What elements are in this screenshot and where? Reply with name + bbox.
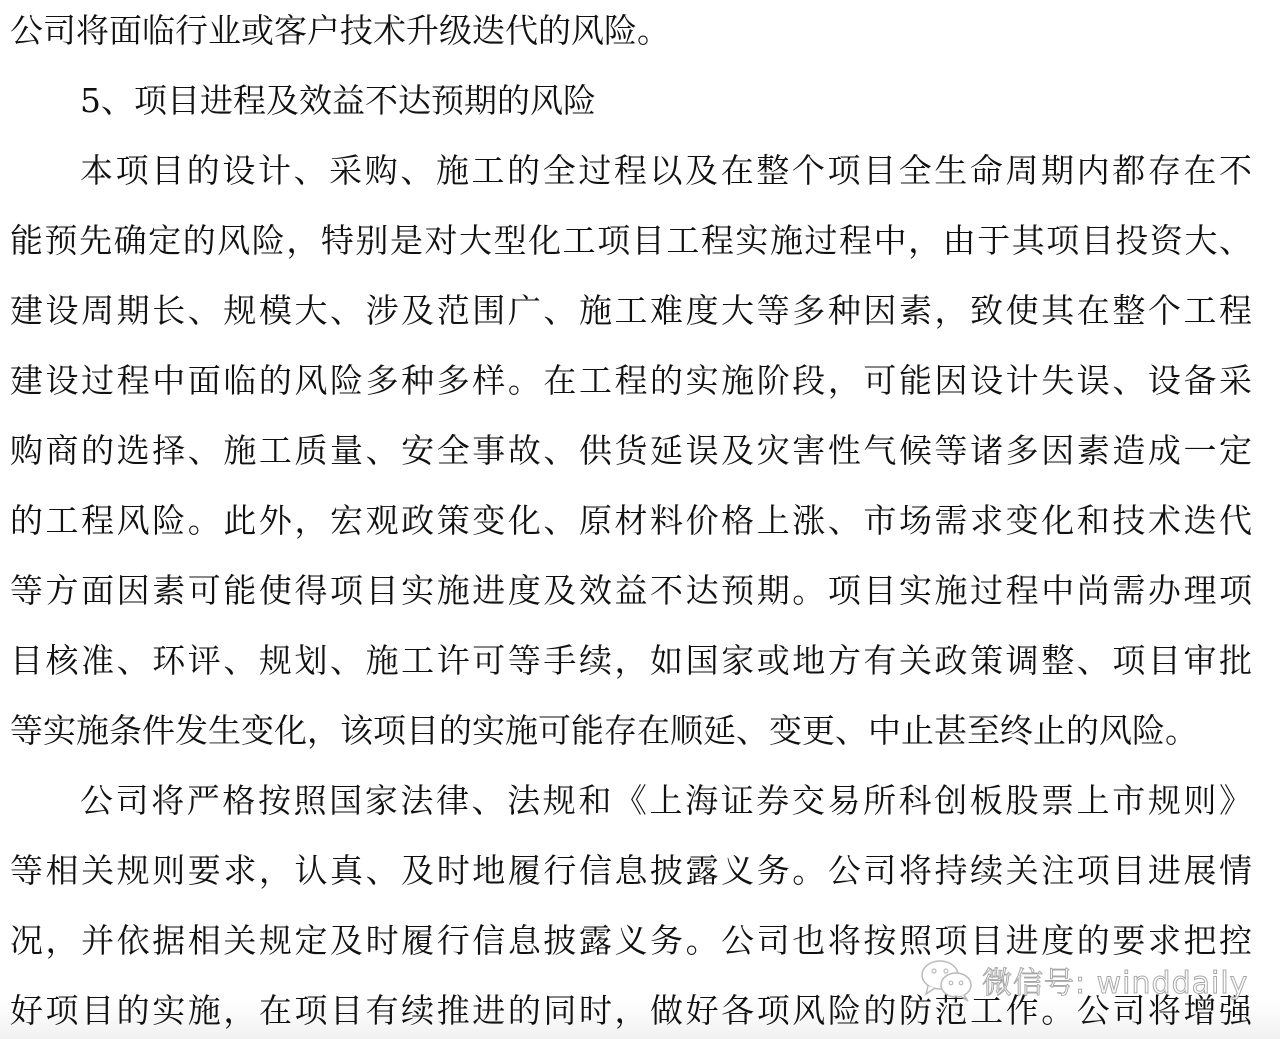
text-line: 的工程风险。此外，宏观政策变化、原材料价格上涨、市场需求变化和技术迭代	[10, 496, 1252, 546]
text-line: 等方面因素可能使得项目实施进度及效益不达预期。项目实施过程中尚需办理项	[10, 566, 1252, 616]
text-line: 目核准、环评、规划、施工许可等手续，如国家或地方有关政策调整、项目审批	[10, 636, 1252, 686]
document-page: 公司将面临行业或客户技术升级迭代的风险。5、项目进程及效益不达预期的风险本项目的…	[0, 0, 1280, 1039]
wechat-icon	[918, 958, 978, 1002]
text-line: 公司将严格按照国家法律、法规和《上海证券交易所科创板股票上市规则》	[80, 776, 1252, 826]
text-line: 等实施条件发生变化，该项目的实施可能存在顺延、变更、中止甚至终止的风险。	[10, 706, 1252, 756]
text-line: 建设过程中面临的风险多种多样。在工程的实施阶段，可能因设计失误、设备采	[10, 356, 1252, 406]
text-line: 公司将面临行业或客户技术升级迭代的风险。	[10, 6, 1252, 56]
text-line: 购商的选择、施工质量、安全事故、供货延误及灾害性气候等诸多因素造成一定	[10, 426, 1252, 476]
section-heading: 5、项目进程及效益不达预期的风险	[80, 76, 1252, 126]
text-line: 建设周期长、规模大、涉及范围广、施工难度大等多种因素，致使其在整个工程	[10, 286, 1252, 336]
text-line: 能预先确定的风险，特别是对大型化工项目工程实施过程中，由于其项目投资大、	[10, 216, 1252, 266]
wechat-watermark: 微信号: winddaily	[918, 958, 1248, 1002]
text-line: 本项目的设计、采购、施工的全过程以及在整个项目全生命周期内都存在不	[80, 146, 1252, 196]
watermark-text: 微信号: winddaily	[982, 958, 1248, 1002]
text-line: 等相关规则要求，认真、及时地履行信息披露义务。公司将持续关注项目进展情	[10, 846, 1252, 896]
